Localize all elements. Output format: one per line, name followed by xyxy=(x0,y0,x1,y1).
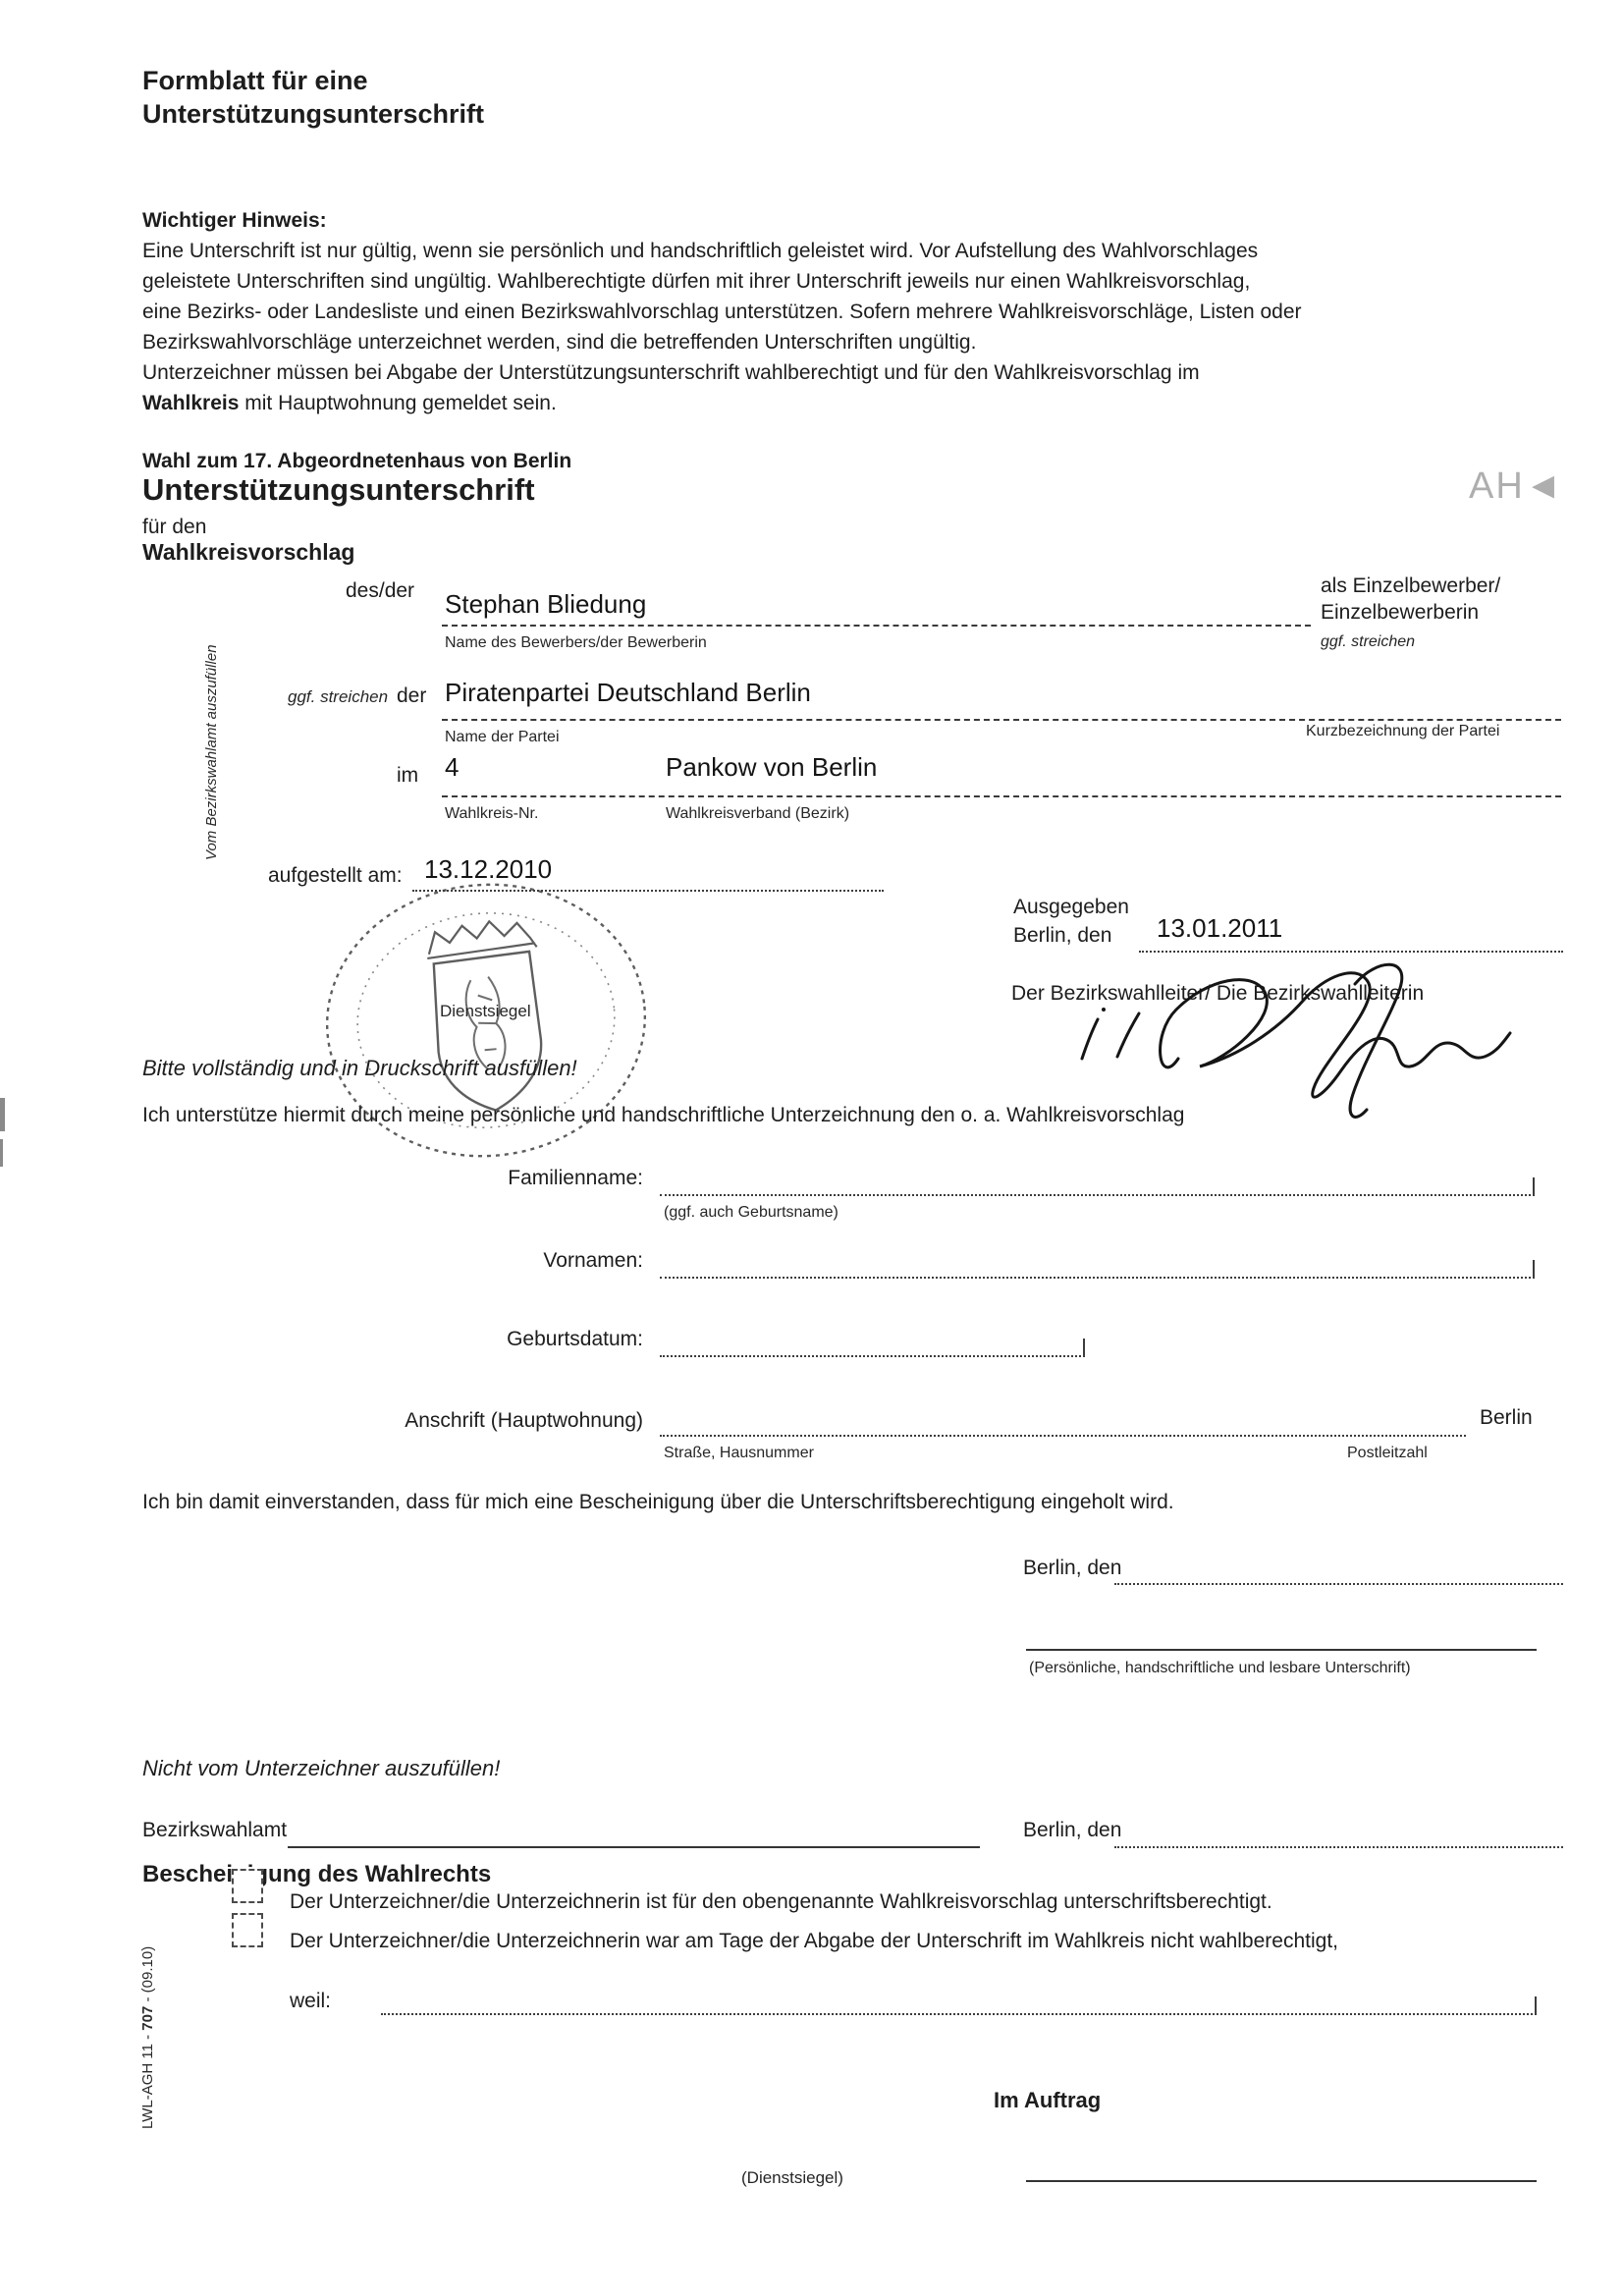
check1-label: Der Unterzeichner/die Unterzeichnerin is… xyxy=(290,1888,1272,1916)
der-label: der xyxy=(397,683,426,710)
issued-date-value[interactable]: 13.01.2011 xyxy=(1157,913,1282,944)
district-number-value[interactable]: 4 xyxy=(445,752,459,783)
im-auftrag-label: Im Auftrag xyxy=(994,2086,1101,2115)
notice-line: Bezirkswahlvorschläge unterzeichnet werd… xyxy=(142,327,1302,357)
form-number-suffix: - (09.10) xyxy=(139,1946,156,2006)
notice-line: Eine Unterschrift ist nur gültig, wenn s… xyxy=(142,236,1302,266)
signature-field-label: (Persönliche, handschriftliche und lesba… xyxy=(1029,1660,1411,1677)
bezirkswahlamt-field-line[interactable] xyxy=(288,1846,980,1848)
im-label: im xyxy=(397,762,418,790)
form-title-line2: Unterstützungsunterschrift xyxy=(142,98,484,132)
scan-artifact xyxy=(0,1098,5,1131)
party-short-name-label: Kurzbezeichnung der Partei xyxy=(1306,723,1499,740)
check2-checkbox[interactable] xyxy=(232,1913,263,1947)
ausgegeben-label: Ausgegeben xyxy=(1013,894,1129,921)
check2-label: Der Unterzeichner/die Unterzeichnerin wa… xyxy=(290,1928,1338,1955)
form-number-label: LWL-AGH 11 - 707 - (09.10) xyxy=(139,1946,156,2129)
candidate-name-field-line[interactable] xyxy=(442,625,1311,627)
notice-heading: Wichtiger Hinweis: xyxy=(142,207,327,235)
anschrift-field-line[interactable] xyxy=(660,1435,1466,1437)
wahlkreisvorschlag-heading: Wahlkreisvorschlag xyxy=(142,539,354,566)
party-name-value[interactable]: Piratenpartei Deutschland Berlin xyxy=(445,678,811,708)
geburtsdatum-label: Geburtsdatum: xyxy=(250,1326,643,1353)
anschrift-label: Anschrift (Hauptwohnung) xyxy=(250,1407,643,1435)
office-berlin-den-label: Berlin, den xyxy=(1023,1817,1121,1844)
support-sentence: Ich unterstütze hiermit durch meine pers… xyxy=(142,1102,1184,1129)
notice-line: geleistete Unterschriften sind ungültig.… xyxy=(142,266,1302,297)
postleitzahl-label: Postleitzahl xyxy=(1347,1445,1428,1462)
notice-line: eine Bezirks- oder Landesliste und einen… xyxy=(142,297,1302,327)
strasse-hausnummer-label: Straße, Hausnummer xyxy=(664,1445,814,1462)
district-name-field-label: Wahlkreisverband (Bezirk) xyxy=(666,805,849,823)
candidate-name-value[interactable]: Stephan Bliedung xyxy=(445,589,646,620)
familienname-label: Familienname: xyxy=(250,1165,643,1192)
notice-line: Wahlkreis mit Hauptwohnung gemeldet sein… xyxy=(142,388,1302,418)
not-signer-instruction: Nicht vom Unterzeichner auszufüllen! xyxy=(142,1754,500,1783)
check1-checkbox[interactable] xyxy=(232,1869,263,1903)
office-signature-line[interactable] xyxy=(1026,2180,1537,2182)
fuer-den-label: für den xyxy=(142,514,206,541)
notice-line-rest: mit Hauptwohnung gemeldet sein. xyxy=(239,392,556,414)
corner-mark: AH◄ xyxy=(1469,465,1563,508)
weil-label: weil: xyxy=(290,1988,331,2015)
dienstsiegel-bottom-label: (Dienstsiegel) xyxy=(741,2168,843,2188)
district-number-field-label: Wahlkreis-Nr. xyxy=(445,805,538,823)
scan-artifact xyxy=(0,1139,3,1167)
consent-date-field-line[interactable] xyxy=(1114,1583,1563,1585)
bezirkswahlamt-label: Bezirkswahlamt xyxy=(142,1817,287,1844)
party-name-field-label: Name der Partei xyxy=(445,729,560,746)
form-title-line1: Formblatt für eine xyxy=(142,65,368,98)
fill-instruction: Bitte vollständig und in Druckschrift au… xyxy=(142,1054,577,1083)
form-number-prefix: LWL-AGH 11 - xyxy=(139,2031,156,2129)
form-page: Formblatt für eine Unterstützungsuntersc… xyxy=(0,0,1623,2296)
weil-field-line[interactable] xyxy=(381,2013,1537,2015)
familienname-sub-label: (ggf. auch Geburtsname) xyxy=(664,1204,839,1222)
election-title: Unterstützungsunterschrift xyxy=(142,472,535,508)
district-name-value[interactable]: Pankow von Berlin xyxy=(666,752,877,783)
office-date-field-line[interactable] xyxy=(1114,1846,1563,1848)
left-margin-label: Vom Bezirkswahlamt auszufüllen xyxy=(203,644,220,860)
des-der-label: des/der xyxy=(346,577,414,605)
signer-signature-line[interactable] xyxy=(1026,1649,1537,1651)
ggf-streichen-right-label: ggf. streichen xyxy=(1321,633,1415,651)
notice-paragraph: Eine Unterschrift ist nur gültig, wenn s… xyxy=(142,236,1302,418)
consent-berlin-den-label: Berlin, den xyxy=(1023,1555,1121,1582)
ggf-streichen-left-label: ggf. streichen xyxy=(288,687,388,707)
einzelbewerber-label-line1: als Einzelbewerber/ xyxy=(1321,573,1500,600)
anschrift-city-label: Berlin xyxy=(1480,1404,1533,1432)
vornamen-field-line[interactable] xyxy=(660,1277,1535,1279)
certification-title: Bescheinigung des Wahlrechts xyxy=(142,1861,491,1888)
party-name-field-line[interactable] xyxy=(442,719,1561,721)
familienname-field-line[interactable] xyxy=(660,1194,1535,1196)
dienstsiegel-printed-label: Dienstsiegel xyxy=(440,1002,531,1021)
notice-bold-word: Wahlkreis xyxy=(142,392,239,414)
consent-sentence: Ich bin damit einverstanden, dass für mi… xyxy=(142,1489,1174,1516)
vornamen-label: Vornamen: xyxy=(250,1247,643,1275)
form-number-bold: 707 xyxy=(139,2006,156,2031)
candidate-name-field-label: Name des Bewerbers/der Bewerberin xyxy=(445,634,707,652)
geburtsdatum-field-line[interactable] xyxy=(660,1355,1085,1357)
notice-line: Unterzeichner müssen bei Abgabe der Unte… xyxy=(142,357,1302,388)
district-field-line[interactable] xyxy=(442,795,1561,797)
einzelbewerber-label-line2: Einzelbewerberin xyxy=(1321,599,1479,627)
